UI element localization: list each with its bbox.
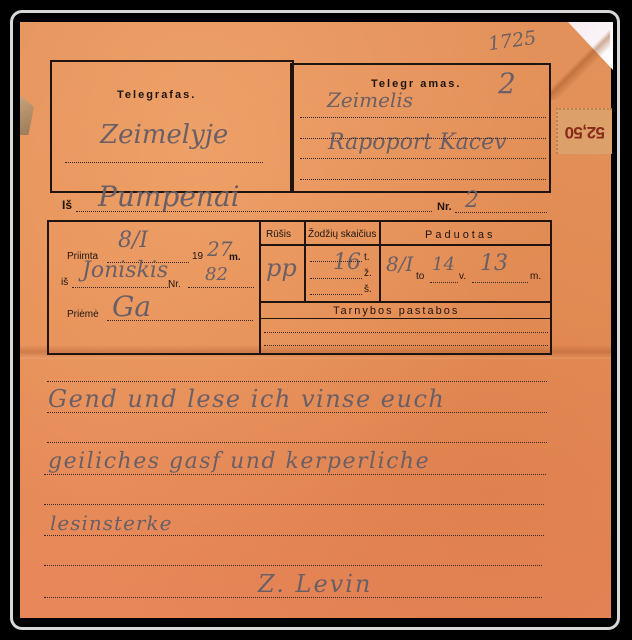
table-col-divider-2 xyxy=(379,222,381,302)
received-date: 8/I xyxy=(118,228,148,253)
message-dotline-8 xyxy=(44,597,542,598)
message-dotline-7 xyxy=(44,565,542,566)
wc-unit-t: t. xyxy=(364,252,370,263)
postage-stamp: 52,50 xyxy=(556,108,612,154)
remarks-dotline-1 xyxy=(264,332,548,333)
accepted-dotline xyxy=(107,320,253,321)
receipt-nr-value: 82 xyxy=(205,264,228,285)
from-handwritten: Pumpenai xyxy=(98,180,240,213)
accepted-value: Ga xyxy=(112,290,151,323)
kind-value: pp xyxy=(266,254,297,282)
receipt-nr-label: Nr. xyxy=(168,279,181,290)
submitted-minute: 13 xyxy=(480,251,508,276)
from-dotline xyxy=(76,211,432,212)
minute-suffix: m. xyxy=(530,271,541,282)
nr-dotline xyxy=(455,212,547,213)
office-handwritten: Zeimelyje xyxy=(100,120,228,150)
word-count-value: 16 xyxy=(333,250,361,275)
table-body-rule xyxy=(261,301,550,303)
address-line-1: Zeimelis xyxy=(327,88,413,112)
service-divider xyxy=(259,220,261,355)
stamp-value: 52,50 xyxy=(565,122,605,142)
telegrafas-title: Telegrafas. xyxy=(117,89,196,101)
message-line-3: lesinsterke xyxy=(50,511,172,535)
wc-unit-s: š. xyxy=(364,284,372,295)
table-col-divider-1 xyxy=(304,222,306,302)
col-word-count: Žodžių skaičius xyxy=(308,229,376,240)
message-line-2: geiliches gasf und kerperliche xyxy=(48,449,430,474)
corner-fold-stain xyxy=(550,30,610,100)
office-line xyxy=(65,162,263,163)
remarks-dotline-2 xyxy=(264,345,548,346)
message-dotline-3 xyxy=(47,442,547,443)
accepted-label: Priėmė xyxy=(67,309,99,320)
origin-label: iš xyxy=(61,277,68,288)
nr-handwritten: 2 xyxy=(465,188,479,213)
submitted-to: to xyxy=(416,271,424,282)
year-suffix: m. xyxy=(229,252,241,263)
message-dotline-6 xyxy=(44,535,544,536)
minute-dotline xyxy=(472,282,528,283)
table-header-rule xyxy=(261,244,550,246)
message-dotline-4 xyxy=(44,474,546,475)
nr-label: Nr. xyxy=(437,201,452,213)
address-dotline-1 xyxy=(300,117,546,118)
from-label: Iš xyxy=(62,198,72,212)
year-prefix: 19 xyxy=(192,251,203,262)
origin-dotline xyxy=(72,287,170,288)
hour-suffix: v. xyxy=(459,271,466,282)
col-submitted: Paduotas xyxy=(425,229,495,241)
wc-dotline-1 xyxy=(310,261,362,262)
telegram-number: 2 xyxy=(498,67,516,100)
address-dotline-3 xyxy=(300,158,546,159)
origin-value: Joniskis xyxy=(82,258,168,283)
remarks-label: Tarnybos pastabos xyxy=(333,305,459,317)
col-kind: Rūšis xyxy=(266,229,291,240)
address-line-2: Rapoport Kacev xyxy=(328,130,507,155)
address-dotline-4 xyxy=(300,179,546,180)
wc-unit-z: ž. xyxy=(364,268,372,279)
message-dotline-1 xyxy=(47,381,547,382)
submitted-date: 8/I xyxy=(386,252,413,276)
wc-dotline-3 xyxy=(310,294,362,295)
message-dotline-5 xyxy=(44,504,544,505)
message-dotline-2 xyxy=(47,412,547,413)
submitted-hour: 14 xyxy=(432,254,455,275)
message-line-1: Gend und lese ich vinse euch xyxy=(48,385,445,413)
hour-dotline xyxy=(430,282,458,283)
signature: Z. Levin xyxy=(258,570,372,598)
remarks-rule xyxy=(261,318,550,319)
receipt-nr-dotline xyxy=(188,287,254,288)
wc-dotline-2 xyxy=(310,278,362,279)
address-dotline-2 xyxy=(300,138,546,139)
